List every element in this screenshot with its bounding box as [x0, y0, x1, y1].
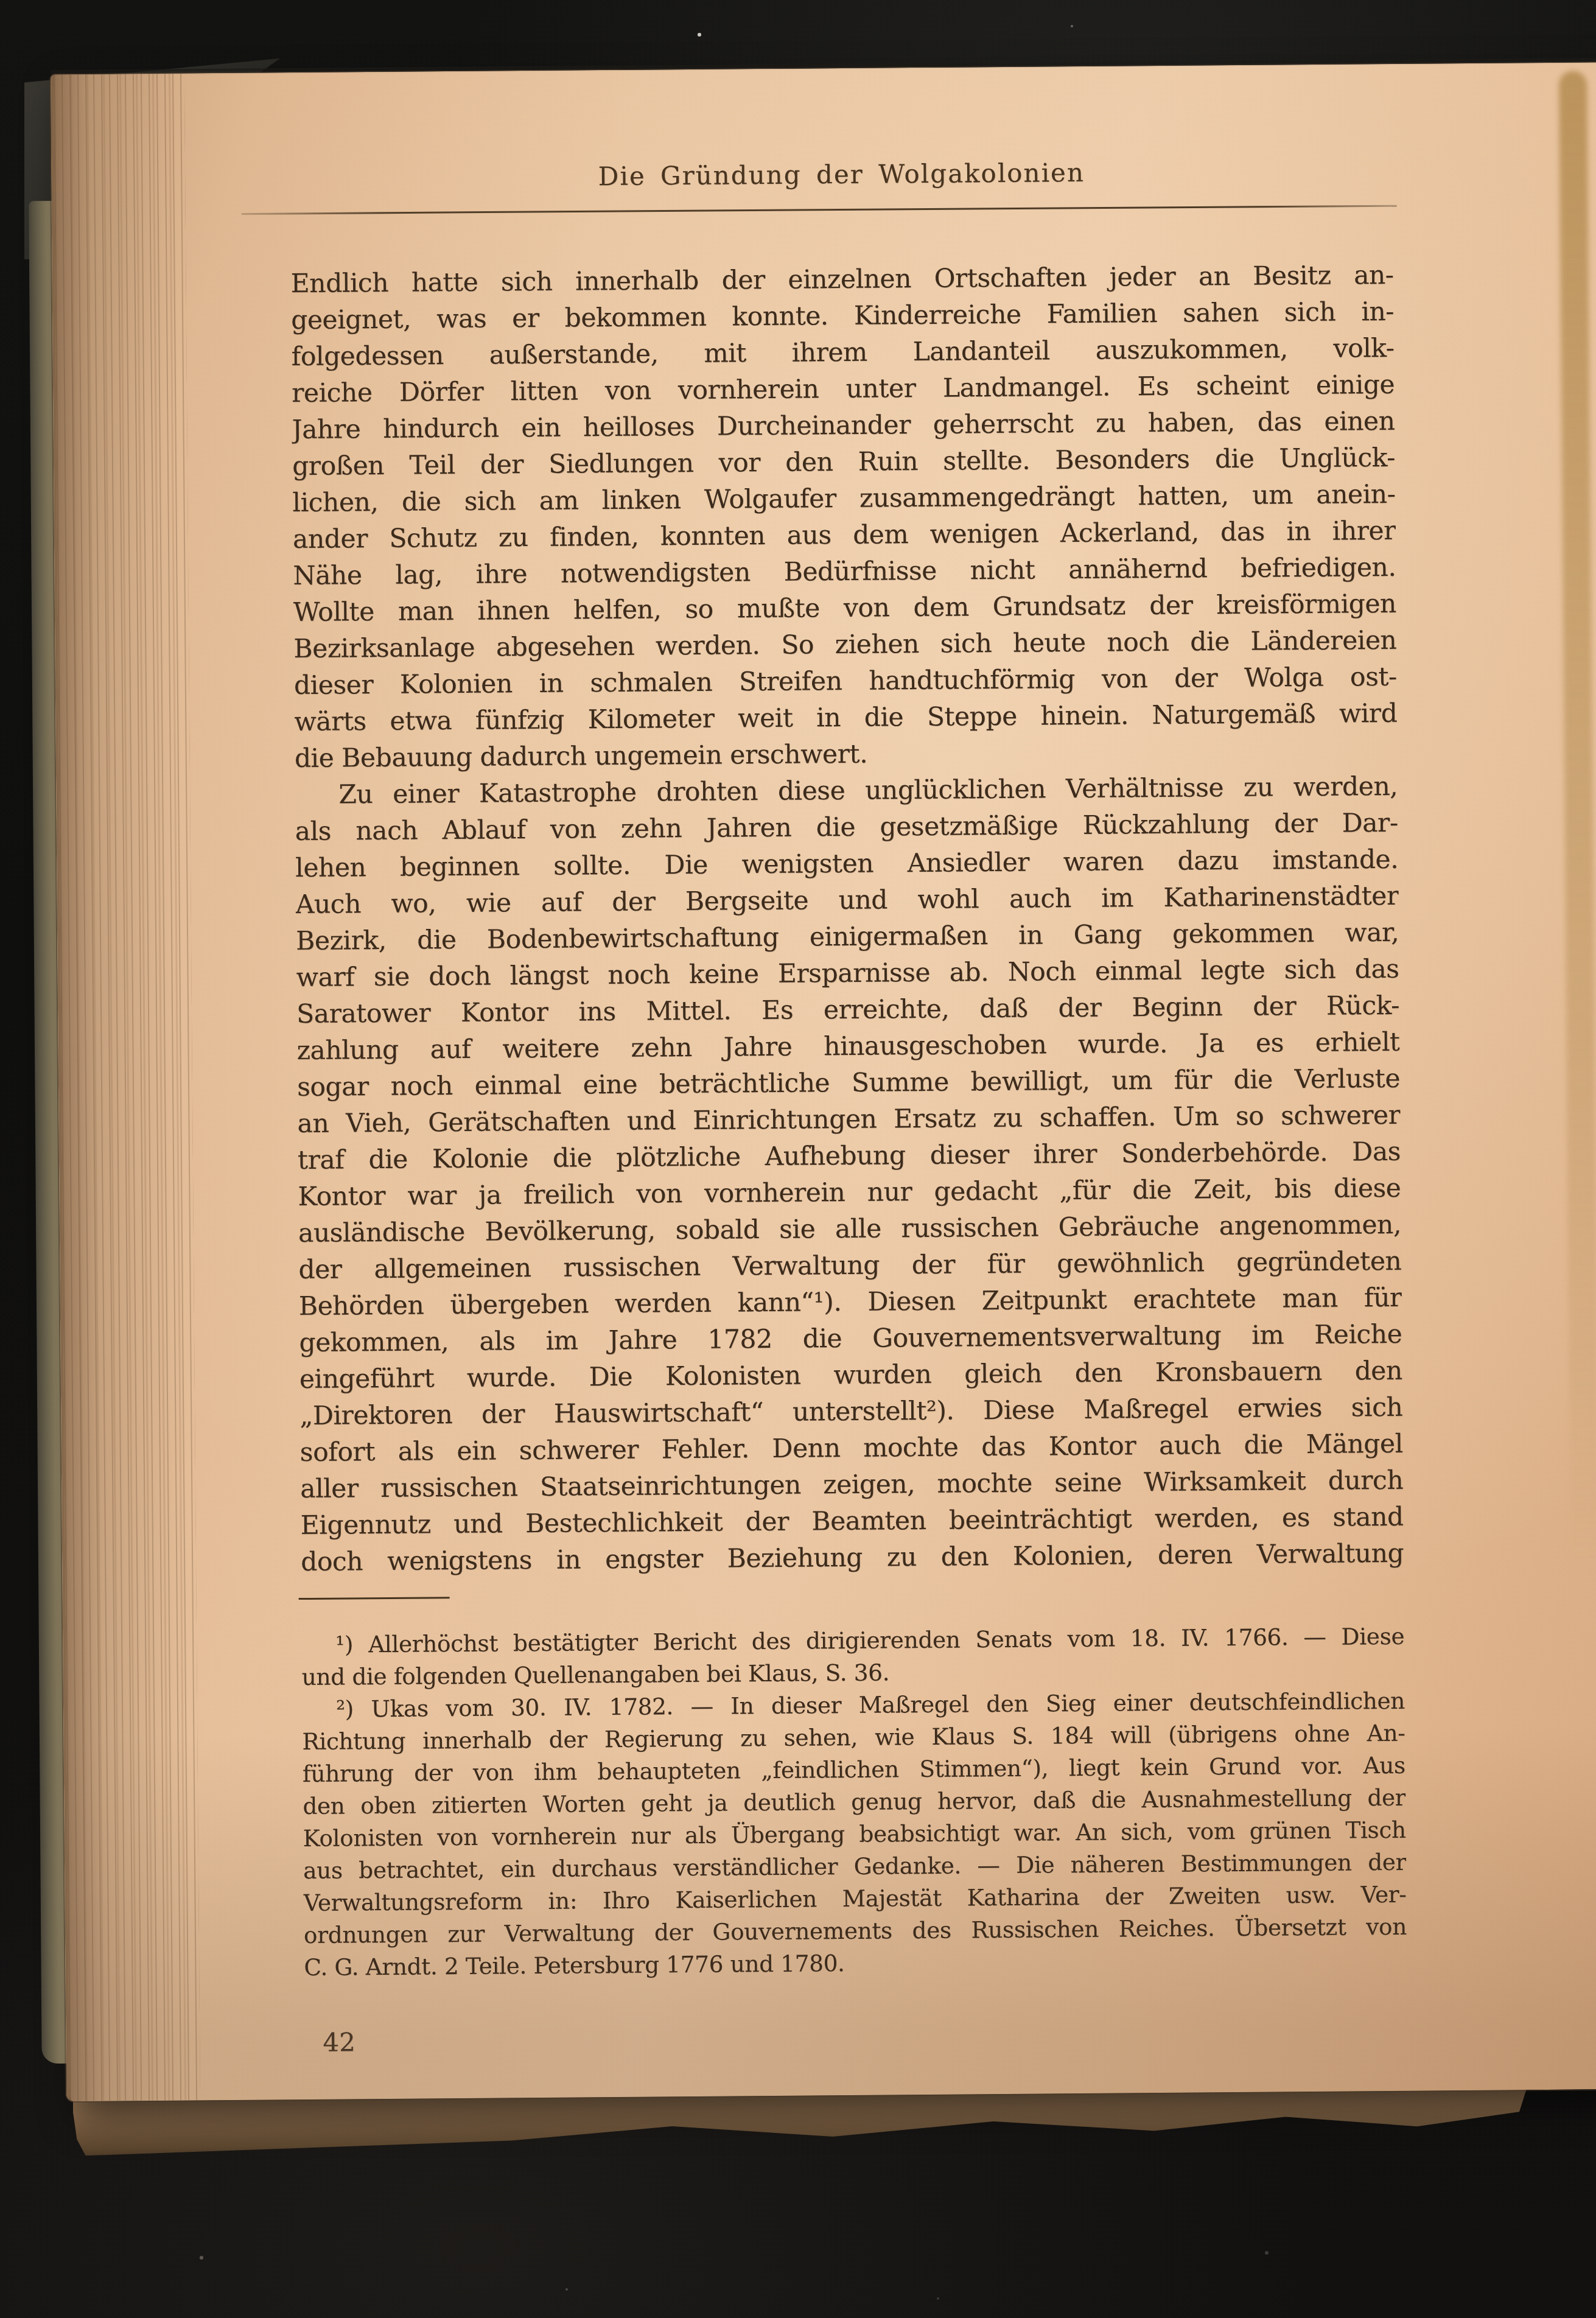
page-stack-edges: [51, 73, 200, 2101]
running-head: Die Gründung der Wolgakolonien: [290, 155, 1393, 194]
running-head-rule: [242, 205, 1397, 215]
gutter-stain: [1559, 71, 1596, 1562]
text-line: doch wenigstens in engster Beziehung zu …: [301, 1536, 1404, 1581]
book-page: Die Gründung der Wolgakolonien Endlich h…: [51, 62, 1596, 2101]
page-top-edge-shadow: [51, 58, 1596, 75]
footnote-separator-rule: [299, 1597, 450, 1600]
body-text: Endlich hatte sich innerhalb der einzeln…: [290, 257, 1404, 1581]
footnotes: ¹) Allerhöchst bestätigter Bericht des d…: [301, 1620, 1407, 1984]
dust-specks: [0, 0, 1, 1]
printed-content: Die Gründung der Wolgakolonien Endlich h…: [290, 155, 1407, 2057]
photo-background: Die Gründung der Wolgakolonien Endlich h…: [0, 0, 1596, 2318]
page-number: 42: [323, 2019, 1407, 2057]
